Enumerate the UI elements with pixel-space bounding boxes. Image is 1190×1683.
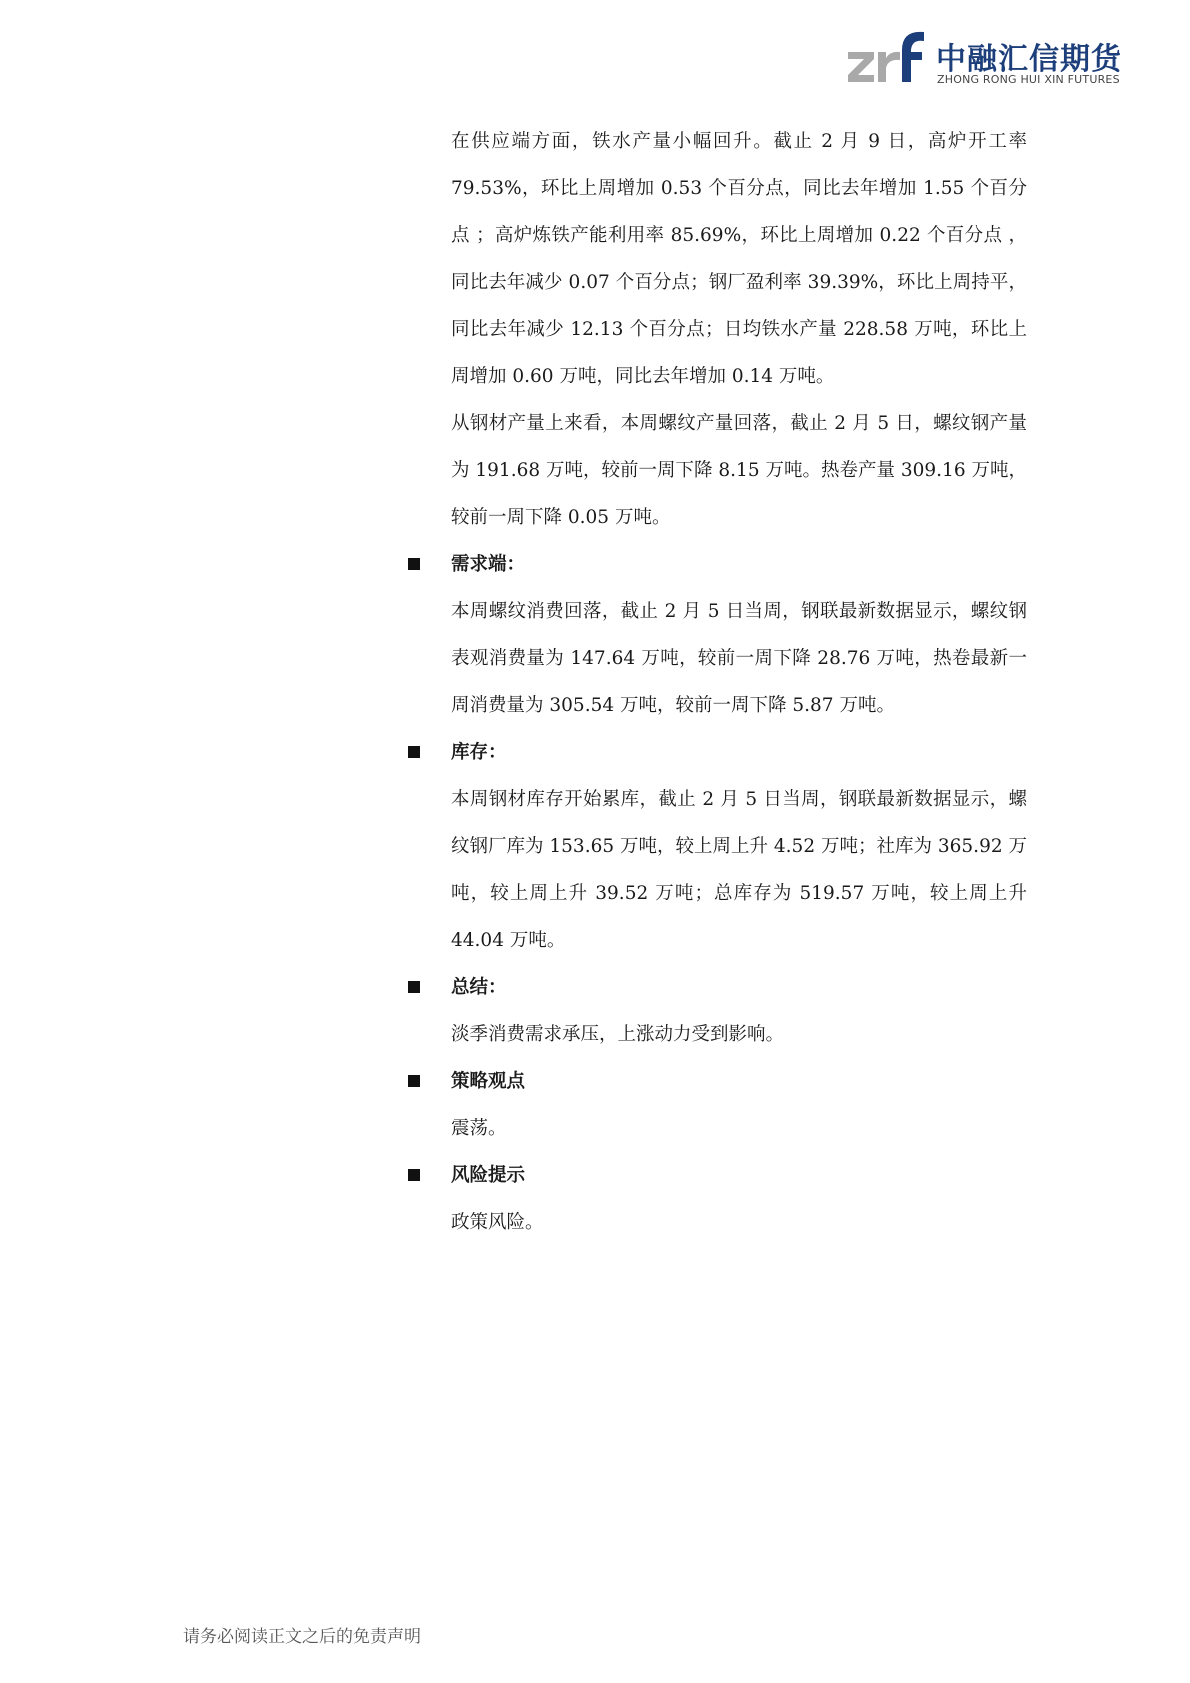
logo-english-name: ZHONG RONG HUI XIN FUTURES (937, 73, 1120, 86)
footer-disclaimer: 请务必阅读正文之后的免责声明 (183, 1622, 421, 1647)
square-bullet-icon (408, 1169, 420, 1181)
square-bullet-icon (408, 981, 420, 993)
section-inventory: 库存： 本周钢材库存开始累库，截止 2 月 5 日当周，钢联最新数据显示，螺纹钢… (451, 729, 1027, 964)
company-logo: 中融汇信期货 ZHONG RONG HUI XIN FUTURES (848, 28, 1118, 90)
square-bullet-icon (408, 1075, 420, 1087)
report-body: 在供应端方面，铁水产量小幅回升。截止 2 月 9 日，高炉开工率 79.53%，… (451, 118, 1027, 1246)
section-title: 库存： (451, 742, 507, 763)
section-title: 总结： (451, 977, 507, 998)
section-summary: 总结： 淡季消费需求承压，上涨动力受到影响。 (451, 964, 1027, 1058)
section-demand: 需求端： 本周螺纹消费回落，截止 2 月 5 日当周，钢联最新数据显示，螺纹钢表… (451, 541, 1027, 729)
steel-output-paragraph: 从钢材产量上来看，本周螺纹产量回落，截止 2 月 5 日，螺纹钢产量为 191.… (451, 400, 1027, 541)
section-body: 本周钢材库存开始累库，截止 2 月 5 日当周，钢联最新数据显示，螺纹钢厂库为 … (451, 776, 1027, 964)
section-title: 风险提示 (451, 1165, 525, 1186)
logo-chinese-name: 中融汇信期货 (936, 34, 1122, 78)
supply-paragraph: 在供应端方面，铁水产量小幅回升。截止 2 月 9 日，高炉开工率 79.53%，… (451, 118, 1027, 400)
section-body: 淡季消费需求承压，上涨动力受到影响。 (451, 1011, 1027, 1058)
zrf-logo-icon (848, 28, 928, 88)
section-title: 需求端： (451, 554, 525, 575)
section-body: 震荡。 (451, 1105, 1027, 1152)
section-risk: 风险提示 政策风险。 (451, 1152, 1027, 1246)
square-bullet-icon (408, 558, 420, 570)
square-bullet-icon (408, 746, 420, 758)
section-body: 本周螺纹消费回落，截止 2 月 5 日当周，钢联最新数据显示，螺纹钢表观消费量为… (451, 588, 1027, 729)
section-body: 政策风险。 (451, 1199, 1027, 1246)
section-title: 策略观点 (451, 1071, 525, 1092)
section-strategy: 策略观点 震荡。 (451, 1058, 1027, 1152)
